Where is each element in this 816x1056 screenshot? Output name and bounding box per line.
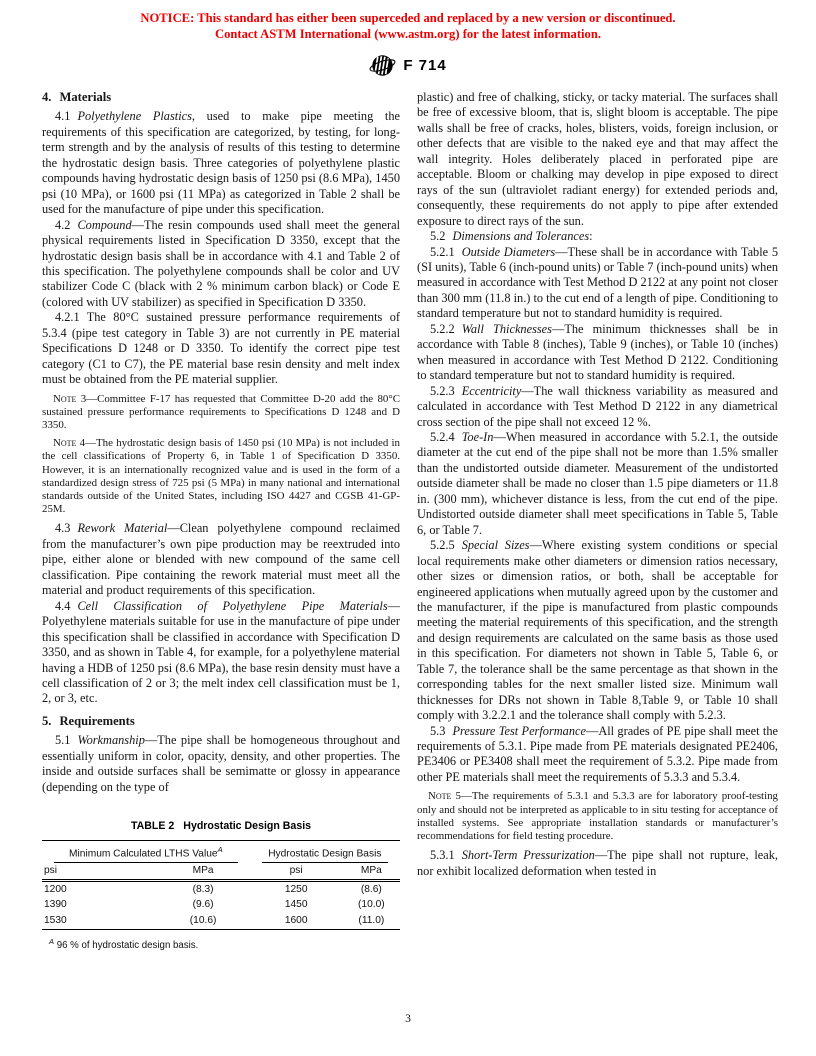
paragraph-4-2: 4.2Compound—The resin compounds used sha… <box>42 218 400 311</box>
clause-title: Rework Material <box>77 521 167 535</box>
clause-title: Eccentricity <box>462 384 522 398</box>
table-cell: 1250 <box>250 881 343 898</box>
clause-title: Outside Diameters <box>462 245 556 259</box>
section-heading-label: Materials <box>59 90 111 104</box>
table-subheader-row: psi MPa psi MPa <box>42 863 400 881</box>
table-cell: (8.6) <box>343 881 400 898</box>
table-cell: 1390 <box>42 898 157 914</box>
footnote-text: 96 % of hydrostatic design basis. <box>54 940 198 951</box>
masthead: F 714 <box>0 50 816 80</box>
paragraph-4-3: 4.3Rework Material—Clean polyethylene co… <box>42 521 400 598</box>
table-cell: 1200 <box>42 881 157 898</box>
note-4: Note 4—The hydrostatic design basis of 1… <box>42 437 400 516</box>
table-2-hydrostatic-design-basis: Minimum Calculated LTHS ValueA Hydrostat… <box>42 840 400 930</box>
table-2-title: TABLE 2Hydrostatic Design Basis <box>42 819 400 834</box>
clause-text: : <box>589 229 592 243</box>
note-5: Note 5—The requirements of 5.3.1 and 5.3… <box>417 790 778 843</box>
table-cell: (9.6) <box>157 898 250 914</box>
clause-title: Compound <box>77 218 131 232</box>
paragraph-5-1: 5.1Workmanship—The pipe shall be homogen… <box>42 733 400 795</box>
clause-title: Special Sizes <box>462 538 530 552</box>
astm-emblem-icon <box>369 52 396 79</box>
clause-text: —Where existing system conditions or spe… <box>417 538 778 722</box>
clause-text: —Polyethylene materials suitable for use… <box>42 599 400 706</box>
paragraph-5-2-3: 5.2.3Eccentricity—The wall thickness var… <box>417 384 778 430</box>
table-group-header-row: Minimum Calculated LTHS ValueA Hydrostat… <box>42 840 400 863</box>
section-heading-label: Requirements <box>59 714 134 728</box>
table-cell: 1600 <box>250 913 343 929</box>
table-cell: (11.0) <box>343 913 400 929</box>
note-label: Note 5 <box>428 790 461 802</box>
clause-title: Short-Term Pressurization <box>462 848 595 862</box>
page-number: 3 <box>0 1013 816 1025</box>
table-cell: (8.3) <box>157 881 250 898</box>
note-text: —The requirements of 5.3.1 and 5.3.3 are… <box>417 790 778 842</box>
left-column: 4.Materials 4.1Polyethylene Plastics, us… <box>42 90 400 954</box>
section-heading-4-materials: 4.Materials <box>42 90 400 105</box>
table-row: 1200 (8.3) 1250 (8.6) <box>42 881 400 898</box>
right-column: plastic) and free of chalking, sticky, o… <box>417 90 778 954</box>
column-header: psi <box>250 863 343 881</box>
clause-number: 5.2.5 <box>430 538 455 552</box>
clause-number: 4.2 <box>55 218 70 232</box>
group-header-text: Hydrostatic Design Basis <box>268 848 381 859</box>
clause-number: 4.4 <box>55 599 70 613</box>
clause-text: , used to make pipe meeting the requirem… <box>42 109 400 216</box>
paragraph-5-2-2: 5.2.2Wall Thicknesses—The minimum thickn… <box>417 322 778 384</box>
paragraph-5-3: 5.3Pressure Test Performance—All grades … <box>417 724 778 786</box>
clause-number: 5.1 <box>55 733 70 747</box>
body-columns: 4.Materials 4.1Polyethylene Plastics, us… <box>0 80 816 954</box>
clause-number: 5.2 <box>430 229 445 243</box>
column-header: MPa <box>157 863 250 881</box>
paragraph-4-2-1: 4.2.1The 80°C sustained pressure perform… <box>42 310 400 387</box>
section-number: 5. <box>42 714 51 728</box>
clause-title: Wall Thicknesses <box>462 322 552 336</box>
note-text: —The hydrostatic design basis of 1450 ps… <box>42 437 400 515</box>
clause-number: 5.3 <box>430 724 445 738</box>
paragraph-5-1-continued: plastic) and free of chalking, sticky, o… <box>417 90 778 229</box>
supersession-notice: NOTICE: This standard has either been su… <box>0 0 816 42</box>
clause-title: Workmanship <box>77 733 144 747</box>
note-3: Note 3—Committee F-17 has requested that… <box>42 393 400 433</box>
clause-number: 5.2.2 <box>430 322 455 336</box>
note-text: —Committee F-17 has requested that Commi… <box>42 393 400 431</box>
group-header-text: Minimum Calculated LTHS Value <box>69 848 218 859</box>
paragraph-5-2-1: 5.2.1Outside Diameters—These shall be in… <box>417 245 778 322</box>
table-cell: (10.0) <box>343 898 400 914</box>
clause-number: 5.2.3 <box>430 384 455 398</box>
clause-number: 5.2.4 <box>430 430 455 444</box>
document-page: NOTICE: This standard has either been su… <box>0 0 816 1056</box>
note-label: Note 3 <box>53 393 86 405</box>
table-cell: 1450 <box>250 898 343 914</box>
table-2-footnote: A 96 % of hydrostatic design basis. <box>42 934 400 954</box>
table-cell: 1530 <box>42 913 157 929</box>
clause-number: 4.2.1 <box>55 310 80 324</box>
paragraph-4-4: 4.4Cell Classification of Polyethylene P… <box>42 599 400 707</box>
note-label: Note 4 <box>53 437 85 449</box>
table-cell: (10.6) <box>157 913 250 929</box>
paragraph-5-2-4: 5.2.4Toe-In—When measured in accordance … <box>417 430 778 538</box>
clause-number: 4.3 <box>55 521 70 535</box>
clause-text: —When measured in accordance with 5.2.1,… <box>417 430 778 537</box>
document-number: F 714 <box>403 57 446 74</box>
clause-title: Cell Classification of Polyethylene Pipe… <box>77 599 387 613</box>
clause-title: Dimensions and Tolerances <box>452 229 589 243</box>
section-number: 4. <box>42 90 51 104</box>
clause-number: 5.3.1 <box>430 848 455 862</box>
column-header: psi <box>42 863 157 881</box>
table-group-header: Minimum Calculated LTHS ValueA <box>42 840 250 863</box>
clause-title: Pressure Test Performance <box>452 724 586 738</box>
notice-line-1: NOTICE: This standard has either been su… <box>0 11 816 27</box>
clause-number: 5.2.1 <box>430 245 455 259</box>
paragraph-5-3-1: 5.3.1Short-Term Pressurization—The pipe … <box>417 848 778 879</box>
notice-line-2: Contact ASTM International (www.astm.org… <box>0 27 816 43</box>
table-title-text: Hydrostatic Design Basis <box>183 820 311 832</box>
paragraph-4-1: 4.1Polyethylene Plastics, used to make p… <box>42 109 400 217</box>
paragraph-5-2: 5.2Dimensions and Tolerances: <box>417 229 778 244</box>
table-row: 1390 (9.6) 1450 (10.0) <box>42 898 400 914</box>
table-label: TABLE 2 <box>131 820 174 832</box>
table-group-header: Hydrostatic Design Basis <box>250 840 400 863</box>
footnote-marker: A <box>218 845 223 854</box>
clause-title: Polyethylene Plastics <box>77 109 191 123</box>
clause-title: Toe-In <box>462 430 494 444</box>
clause-text: plastic) and free of chalking, sticky, o… <box>417 90 778 228</box>
paragraph-5-2-5: 5.2.5Special Sizes—Where existing system… <box>417 538 778 723</box>
table-2-block: TABLE 2Hydrostatic Design Basis Minimum … <box>42 819 400 954</box>
table-row: 1530 (10.6) 1600 (11.0) <box>42 913 400 929</box>
column-header: MPa <box>343 863 400 881</box>
clause-number: 4.1 <box>55 109 70 123</box>
section-heading-5-requirements: 5.Requirements <box>42 714 400 729</box>
clause-text: The 80°C sustained pressure performance … <box>42 310 400 386</box>
